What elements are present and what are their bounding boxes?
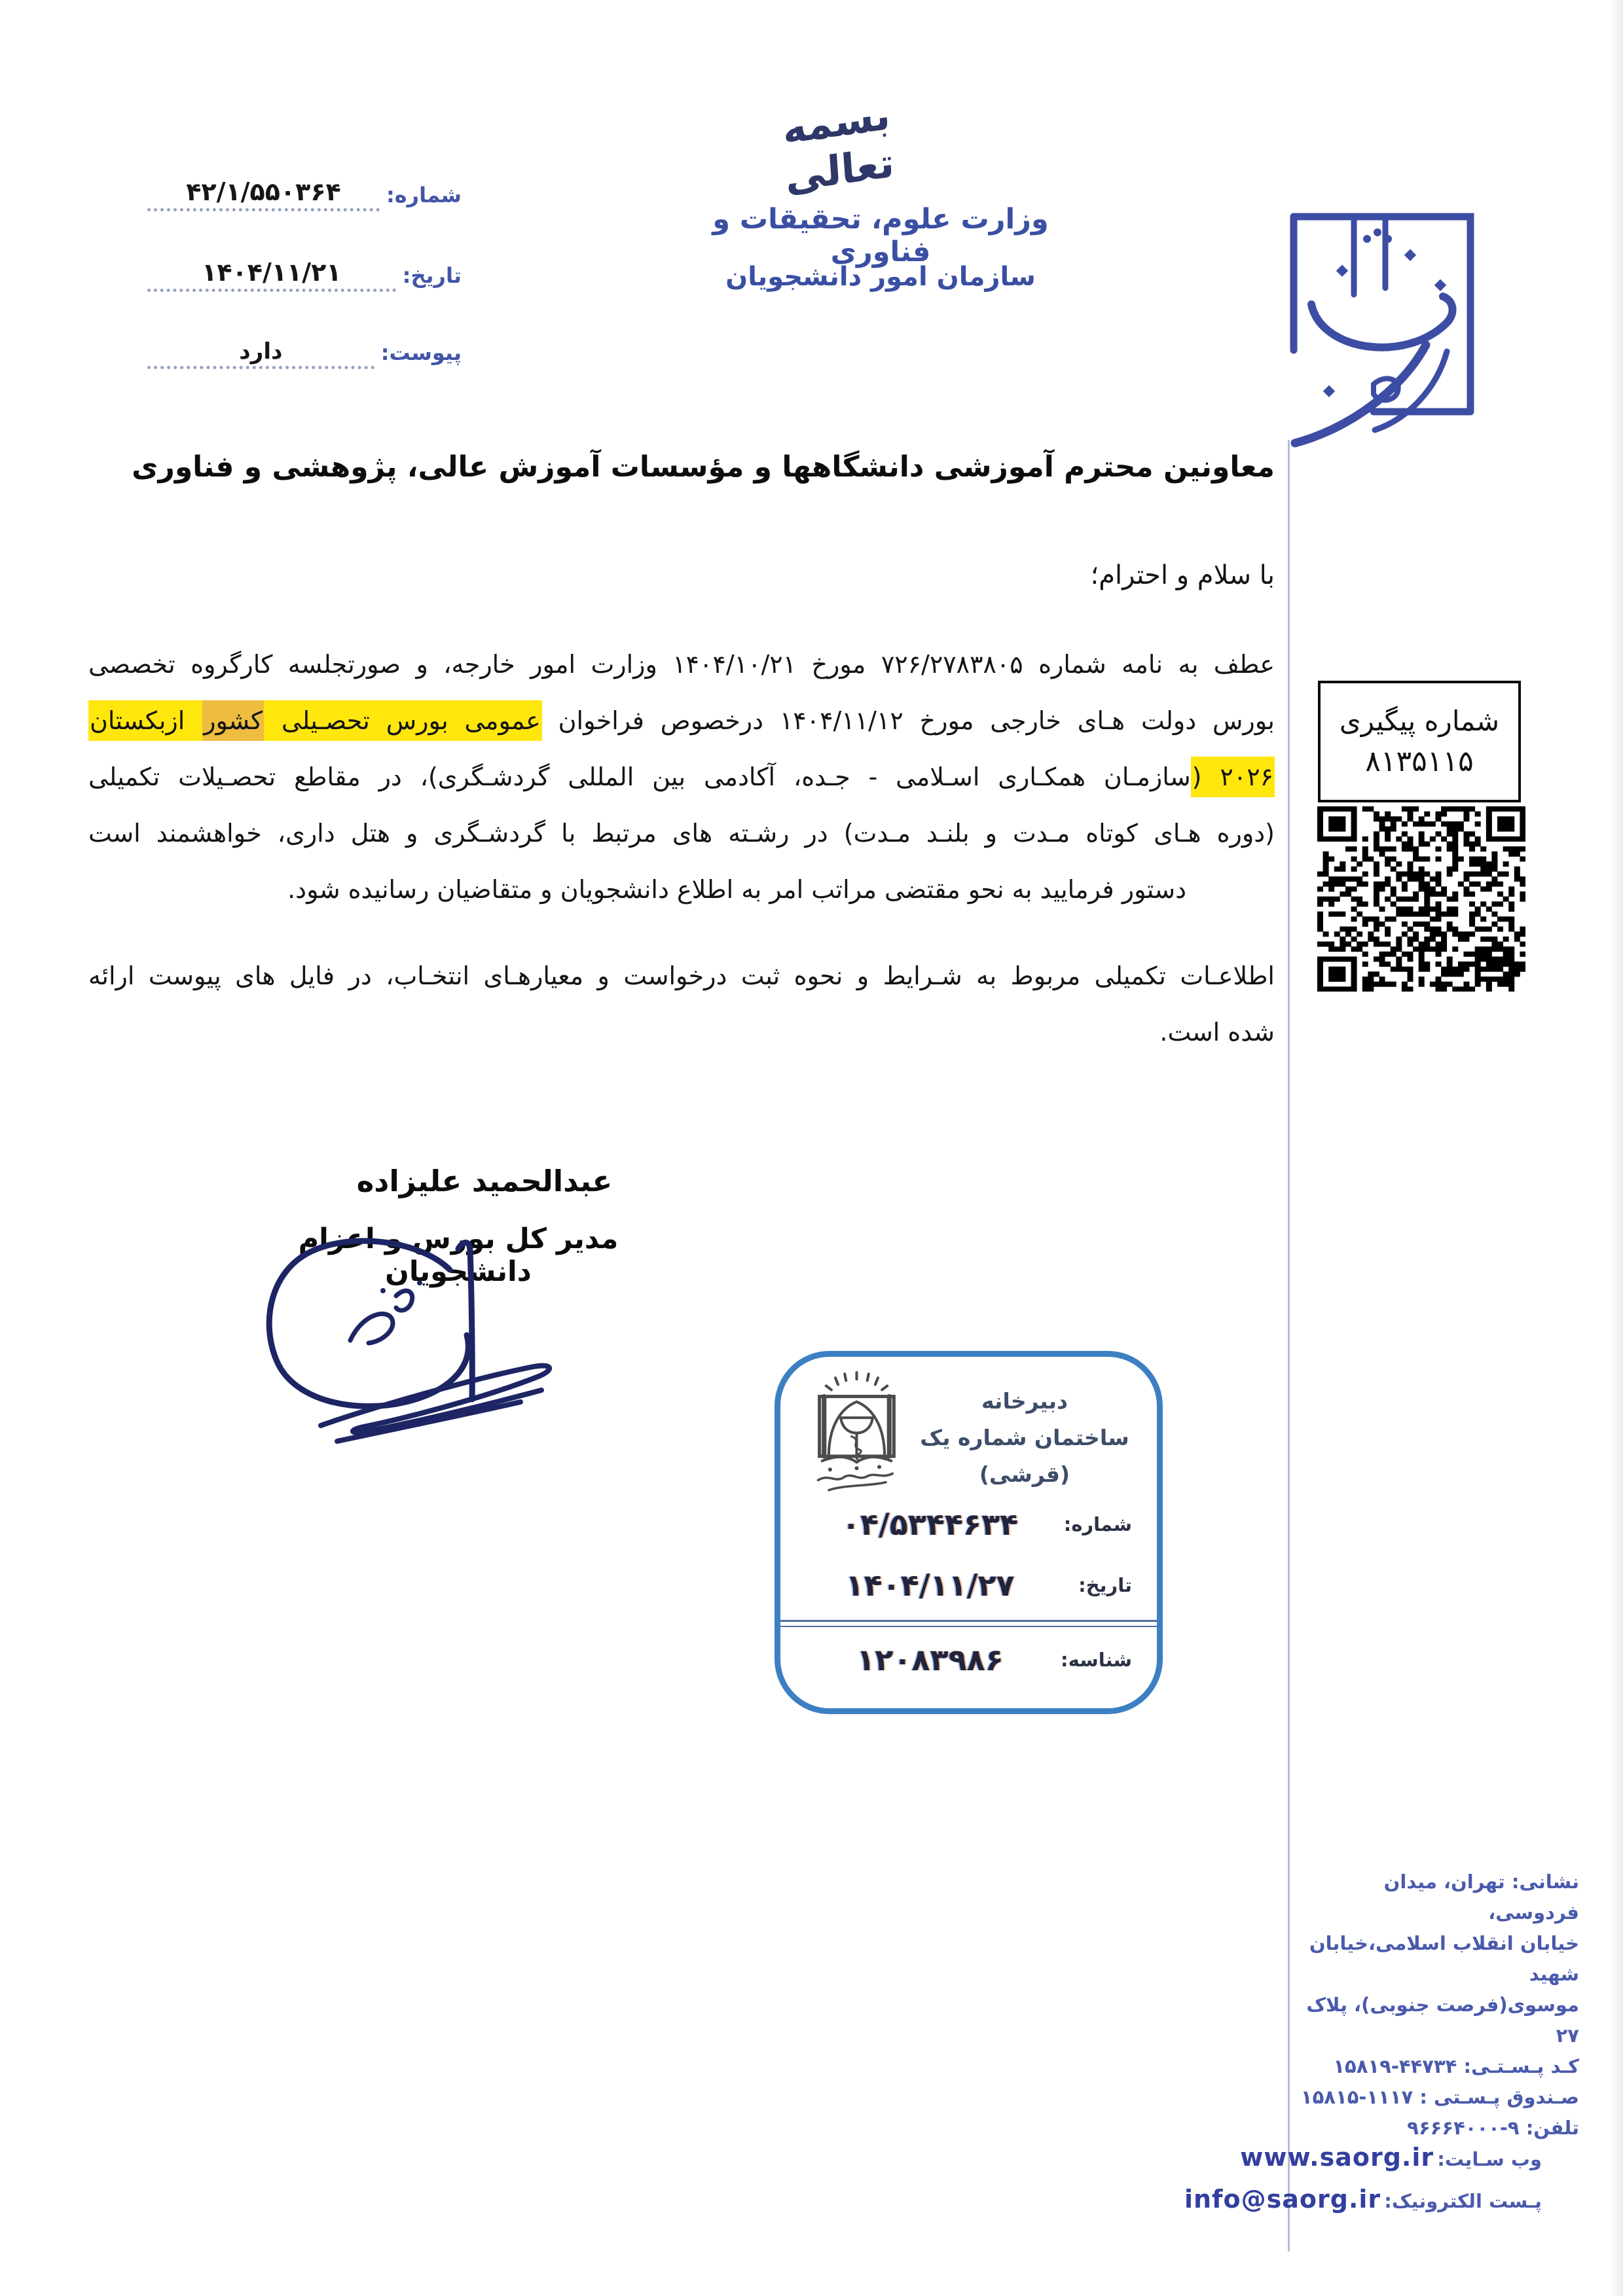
besmele-calligraphy: بسمه تعالی <box>731 84 945 209</box>
handwritten-signature-icon <box>259 1230 570 1446</box>
stamp-value: ۱۲۰۸۳۹۸۶ <box>799 1642 1061 1677</box>
body-paragraph-1: عطف به نامه شماره ۷۲۶/۲۷۸۳۸۰۵ مورخ ۱۴۰۴/… <box>88 636 1275 918</box>
address-text: ۱۵۸۱۹-۴۴۷۳۴ <box>1333 2055 1457 2077</box>
footer-links: وب سـایت: www.saorg.ir پـست الکترونیک: i… <box>1184 2139 1546 2223</box>
highlighted-text: عمومی بورس تحصـیلی <box>264 700 542 741</box>
scan-edge-shadow <box>1611 0 1623 2296</box>
organization-title: سازمان امور دانشجویان <box>674 262 1087 292</box>
stamp-office-line: دبیرخانه <box>902 1383 1148 1420</box>
highlighted-text: کشور <box>202 700 264 741</box>
body-text: بورس دولت هـای خارجی مورخ ۱۴۰۴/۱۱/۱۲ درخ… <box>542 706 1275 735</box>
stamp-value: ۱۴۰۴/۱۱/۲۷ <box>799 1568 1061 1603</box>
stamp-label: شناسه: <box>1061 1649 1132 1671</box>
address-line: کـد پـسـتـی: ۱۵۸۱۹-۴۴۷۳۴ <box>1291 2051 1579 2082</box>
stamp-label: تاریخ: <box>1061 1574 1132 1596</box>
address-text: ۱۵۸۱۵-۱۱۱۷ <box>1301 2086 1413 2108</box>
meta-value: دارد <box>147 339 374 369</box>
body-line: عطف به نامه شماره ۷۲۶/۲۷۸۳۸۰۵ مورخ ۱۴۰۴/… <box>88 636 1275 692</box>
stamp-value: ۰۴/۵۳۴۴۶۳۴ <box>799 1507 1061 1542</box>
address-text: ۹۶۶۶۴۰۰۰-۹ <box>1407 2117 1519 2139</box>
website-url[interactable]: www.saorg.ir <box>1240 2143 1434 2172</box>
highlighted-text: ازبکستان <box>88 700 202 741</box>
tracking-number-box: شماره پیگیری ۸۱۳۵۱۱۵ <box>1318 681 1521 802</box>
stamp-row: شماره:۰۴/۵۳۴۴۶۳۴ <box>799 1504 1132 1545</box>
address-line: صـندوق پـسـتی : ۱۵۸۱۵-۱۱۱۷ <box>1291 2082 1579 2113</box>
saorg-logo-icon <box>1275 193 1491 455</box>
meta-label: شماره: <box>386 183 462 211</box>
stamp-separator <box>780 1620 1157 1627</box>
university-emblem-icon <box>808 1370 906 1499</box>
body-text: سازمـان همکـاری اسـلامی - جـده، آکادمی ب… <box>88 762 1191 791</box>
stamp-row: شناسه:۱۲۰۸۳۹۸۶ <box>799 1640 1132 1680</box>
stamp-label: شماره: <box>1061 1513 1132 1535</box>
margin-separator-line <box>1288 440 1290 2251</box>
recipient-heading: معاونین محترم آموزشی دانشگاهها و مؤسسات … <box>88 450 1275 484</box>
website-label: وب سـایت: <box>1437 2148 1542 2170</box>
website-row: وب سـایت: www.saorg.ir <box>1184 2139 1546 2181</box>
body-line: دستور فرمایید به نحو مقتضی مراتب امر به … <box>88 861 1275 918</box>
address-text: کـد پـسـتـی: <box>1457 2055 1579 2077</box>
qr-code-icon <box>1317 806 1525 992</box>
email-address[interactable]: info@saorg.ir <box>1184 2185 1381 2214</box>
email-row: پـست الکترونیک: info@saorg.ir <box>1184 2181 1546 2223</box>
meta-row: شماره:۴۲/۱/۵۵۰۳۶۴ <box>147 178 462 211</box>
body-line: ۲۰۲۶ (سازمـان همکـاری اسـلامی - جـده، آک… <box>88 749 1275 805</box>
tracking-number: ۸۱۳۵۱۱۵ <box>1365 745 1473 778</box>
address-text: تلفن: <box>1520 2117 1579 2139</box>
address-line: نشانی: تهران، میدان فردوسی، <box>1291 1867 1579 1928</box>
stamp-office-line: ساختمان شماره یک <box>902 1420 1148 1456</box>
meta-row: تاریخ:۱۴۰۴/۱۱/۲۱ <box>147 259 462 292</box>
stamp-office-line: (قرشی) <box>902 1456 1148 1493</box>
address-text: خیابان انقلاب اسلامی،خیابان شهید <box>1309 1932 1579 1985</box>
stamp-row: تاریخ:۱۴۰۴/۱۱/۲۷ <box>799 1565 1132 1605</box>
body-text: (دوره هـای کوتاه مـدت و بلنـد مـدت) در ر… <box>88 819 1275 848</box>
address-text: صـندوق پـسـتی : <box>1413 2086 1579 2108</box>
meta-value: ۴۲/۱/۵۵۰۳۶۴ <box>147 178 380 211</box>
scanned-letter-page: شماره:۴۲/۱/۵۵۰۳۶۴تاریخ:۱۴۰۴/۱۱/۲۱پیوست:د… <box>0 0 1623 2296</box>
tracking-label: شماره پیگیری <box>1340 705 1499 737</box>
address-line: موسوی(فرصت جنوبی)، پلاک ۲۷ <box>1291 1990 1579 2051</box>
meta-label: تاریخ: <box>403 263 462 292</box>
body-text: شده است. <box>1159 1018 1275 1047</box>
address-text: موسوی(فرصت جنوبی)، پلاک ۲۷ <box>1306 1994 1579 2047</box>
meta-label: پیوست: <box>381 340 462 369</box>
body-line: شده است. <box>88 1004 1275 1060</box>
body-paragraph-2: اطلاعـات تکمیلی مربوط به شـرایط و نحوه ث… <box>88 948 1275 1060</box>
signature-name: عبدالحمید علیزاده <box>301 1164 668 1198</box>
stamp-office-lines: دبیرخانهساختمان شماره یک(قرشی) <box>902 1383 1148 1493</box>
address-line: خیابان انقلاب اسلامی،خیابان شهید <box>1291 1928 1579 1990</box>
body-line: بورس دولت هـای خارجی مورخ ۱۴۰۴/۱۱/۱۲ درخ… <box>88 692 1275 749</box>
address-text: نشانی: تهران، میدان فردوسی، <box>1384 1871 1579 1924</box>
footer-address: نشانی: تهران، میدان فردوسی،خیابان انقلاب… <box>1291 1867 1579 2144</box>
salutation: با سلام و احترام؛ <box>88 560 1275 590</box>
highlighted-text: ۲۰۲۶ ( <box>1191 757 1275 797</box>
body-text: عطف به نامه شماره ۷۲۶/۲۷۸۳۸۰۵ مورخ ۱۴۰۴/… <box>88 650 1275 679</box>
meta-value: ۱۴۰۴/۱۱/۲۱ <box>147 259 396 292</box>
secretariat-stamp: دبیرخانهساختمان شماره یک(قرشی) شماره:۰۴/… <box>775 1351 1163 1714</box>
email-label: پـست الکترونیک: <box>1384 2190 1542 2212</box>
body-text: دستور فرمایید به نحو مقتضی مراتب امر به … <box>287 875 1186 904</box>
body-text: اطلاعـات تکمیلی مربوط به شـرایط و نحوه ث… <box>88 961 1275 990</box>
meta-row: پیوست:دارد <box>147 339 462 369</box>
body-line: (دوره هـای کوتاه مـدت و بلنـد مـدت) در ر… <box>88 805 1275 861</box>
ministry-title: وزارت علوم، تحقیقات و فناوری <box>674 203 1087 268</box>
body-line: اطلاعـات تکمیلی مربوط به شـرایط و نحوه ث… <box>88 948 1275 1004</box>
